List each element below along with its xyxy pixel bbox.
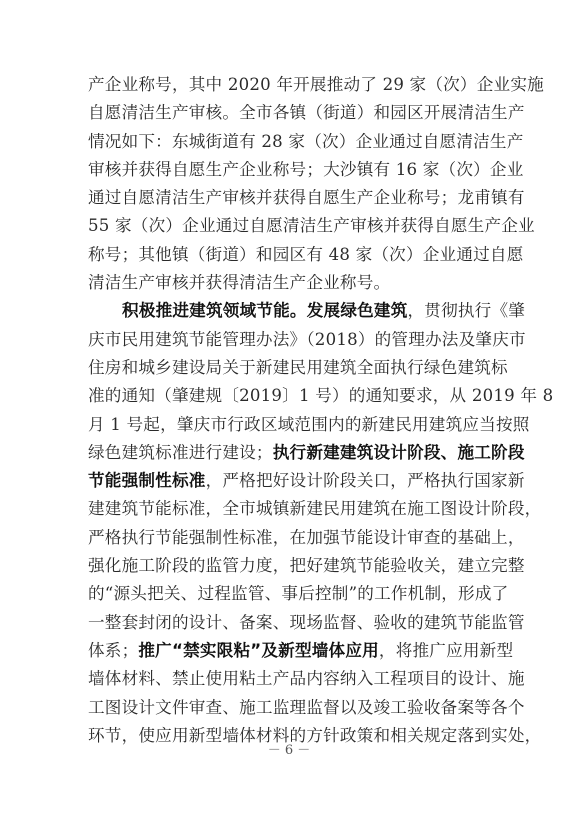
- text-run: 强化施工阶段的监管力度，把好建筑节能验收关，建立完整: [88, 556, 525, 575]
- text-run: 产企业称号，其中 2020 年开展推动了 29 家（次）企业实施: [88, 75, 544, 94]
- text-line: 55 家（次）企业通过自愿清洁生产审核并获得自愿生产企业: [88, 212, 492, 240]
- text-line: 绿色建筑标准进行建设；执行新建建筑设计阶段、施工阶段: [88, 439, 492, 467]
- text-run: 的“源头把关、过程监管、事后控制”的工作机制，形成了: [88, 584, 508, 603]
- text-run: 庆市民用建筑节能管理办法》（2018）的管理办法及肇庆市: [88, 330, 526, 349]
- text-line: 积极推进建筑领域节能。发展绿色建筑，贯彻执行《肇: [88, 297, 492, 325]
- text-run: 工图设计文件审查、施工监理监督以及竣工验收备案等各个: [88, 698, 525, 717]
- text-run: 审核并获得自愿生产企业称号；大沙镇有 16 家（次）企业: [88, 160, 524, 179]
- text-run: 住房和城乡建设局关于新建民用建筑全面执行绿色建筑标: [88, 358, 508, 377]
- text-run: 称号；其他镇（街道）和园区有 48 家（次）企业通过自愿: [88, 245, 524, 264]
- text-line: 审核并获得自愿生产企业称号；大沙镇有 16 家（次）企业: [88, 156, 492, 184]
- text-run: 自愿清洁生产审核。全市各镇（街道）和园区开展清洁生产: [88, 103, 525, 122]
- body-text: 产企业称号，其中 2020 年开展推动了 29 家（次）企业实施自愿清洁生产审核…: [88, 71, 492, 750]
- text-run: 通过自愿清洁生产审核并获得自愿生产企业称号；龙甫镇有: [88, 188, 525, 207]
- text-run: ，贯彻执行《肇: [408, 301, 526, 320]
- text-line: 情况如下：东城街道有 28 家（次）企业通过自愿清洁生产: [88, 128, 492, 156]
- text-line: 建建筑节能标准，全市城镇新建民用建筑在施工图设计阶段，: [88, 495, 492, 523]
- text-run: 建建筑节能标准，全市城镇新建民用建筑在施工图设计阶段，: [88, 499, 541, 518]
- text-line: 住房和城乡建设局关于新建民用建筑全面执行绿色建筑标: [88, 354, 492, 382]
- text-line: 自愿清洁生产审核。全市各镇（街道）和园区开展清洁生产: [88, 99, 492, 127]
- text-run: 绿色建筑标准进行建设；: [88, 443, 273, 462]
- text-line: 的“源头把关、过程监管、事后控制”的工作机制，形成了: [88, 580, 492, 608]
- text-run: 体系；: [88, 641, 138, 660]
- text-run: ，将推广应用新型: [379, 641, 513, 660]
- text-run: 一整套封闭的设计、备案、现场监督、验收的建筑节能监管: [88, 613, 525, 632]
- bold-heading-text: 积极推进建筑领域节能。发展绿色建筑: [122, 301, 408, 320]
- bold-heading-text: 节能强制性标准: [88, 471, 206, 490]
- text-run: ，严格把好设计阶段关口，严格执行国家新: [206, 471, 525, 490]
- bold-heading-text: 推广“禁实限粘”及新型墙体应用: [138, 641, 379, 660]
- text-line: 工图设计文件审查、施工监理监督以及竣工验收备案等各个: [88, 694, 492, 722]
- text-run: 55 家（次）企业通过自愿清洁生产审核并获得自愿生产企业: [88, 216, 535, 235]
- text-line: 严格执行节能强制性标准，在加强节能设计审查的基础上，: [88, 524, 492, 552]
- text-run: 清洁生产审核并获得清洁生产企业称号。: [88, 273, 390, 292]
- text-line: 体系；推广“禁实限粘”及新型墙体应用，将推广应用新型: [88, 637, 492, 665]
- page-number: － 6 －: [0, 739, 578, 758]
- text-line: 月 1 号起，肇庆市行政区域范围内的新建民用建筑应当按照: [88, 411, 492, 439]
- text-line: 产企业称号，其中 2020 年开展推动了 29 家（次）企业实施: [88, 71, 492, 99]
- text-line: 节能强制性标准，严格把好设计阶段关口，严格执行国家新: [88, 467, 492, 495]
- text-run: 准的通知（肇建规〔2019〕1 号）的通知要求，从 2019 年 8: [88, 386, 553, 405]
- text-line: 准的通知（肇建规〔2019〕1 号）的通知要求，从 2019 年 8: [88, 382, 492, 410]
- text-line: 一整套封闭的设计、备案、现场监督、验收的建筑节能监管: [88, 609, 492, 637]
- text-run: 严格执行节能强制性标准，在加强节能设计审查的基础上，: [88, 528, 525, 547]
- text-line: 强化施工阶段的监管力度，把好建筑节能验收关，建立完整: [88, 552, 492, 580]
- document-page: 产企业称号，其中 2020 年开展推动了 29 家（次）企业实施自愿清洁生产审核…: [0, 0, 578, 818]
- text-line: 庆市民用建筑节能管理办法》（2018）的管理办法及肇庆市: [88, 326, 492, 354]
- text-run: 情况如下：东城街道有 28 家（次）企业通过自愿清洁生产: [88, 132, 524, 151]
- text-line: 墙体材料、禁止使用粘土产品内容纳入工程项目的设计、施: [88, 665, 492, 693]
- text-line: 清洁生产审核并获得清洁生产企业称号。: [88, 269, 492, 297]
- text-line: 通过自愿清洁生产审核并获得自愿生产企业称号；龙甫镇有: [88, 184, 492, 212]
- text-run: 墙体材料、禁止使用粘土产品内容纳入工程项目的设计、施: [88, 669, 525, 688]
- text-line: 称号；其他镇（街道）和园区有 48 家（次）企业通过自愿: [88, 241, 492, 269]
- bold-heading-text: 执行新建建筑设计阶段、施工阶段: [273, 443, 525, 462]
- text-run: 月 1 号起，肇庆市行政区域范围内的新建民用建筑应当按照: [88, 415, 530, 434]
